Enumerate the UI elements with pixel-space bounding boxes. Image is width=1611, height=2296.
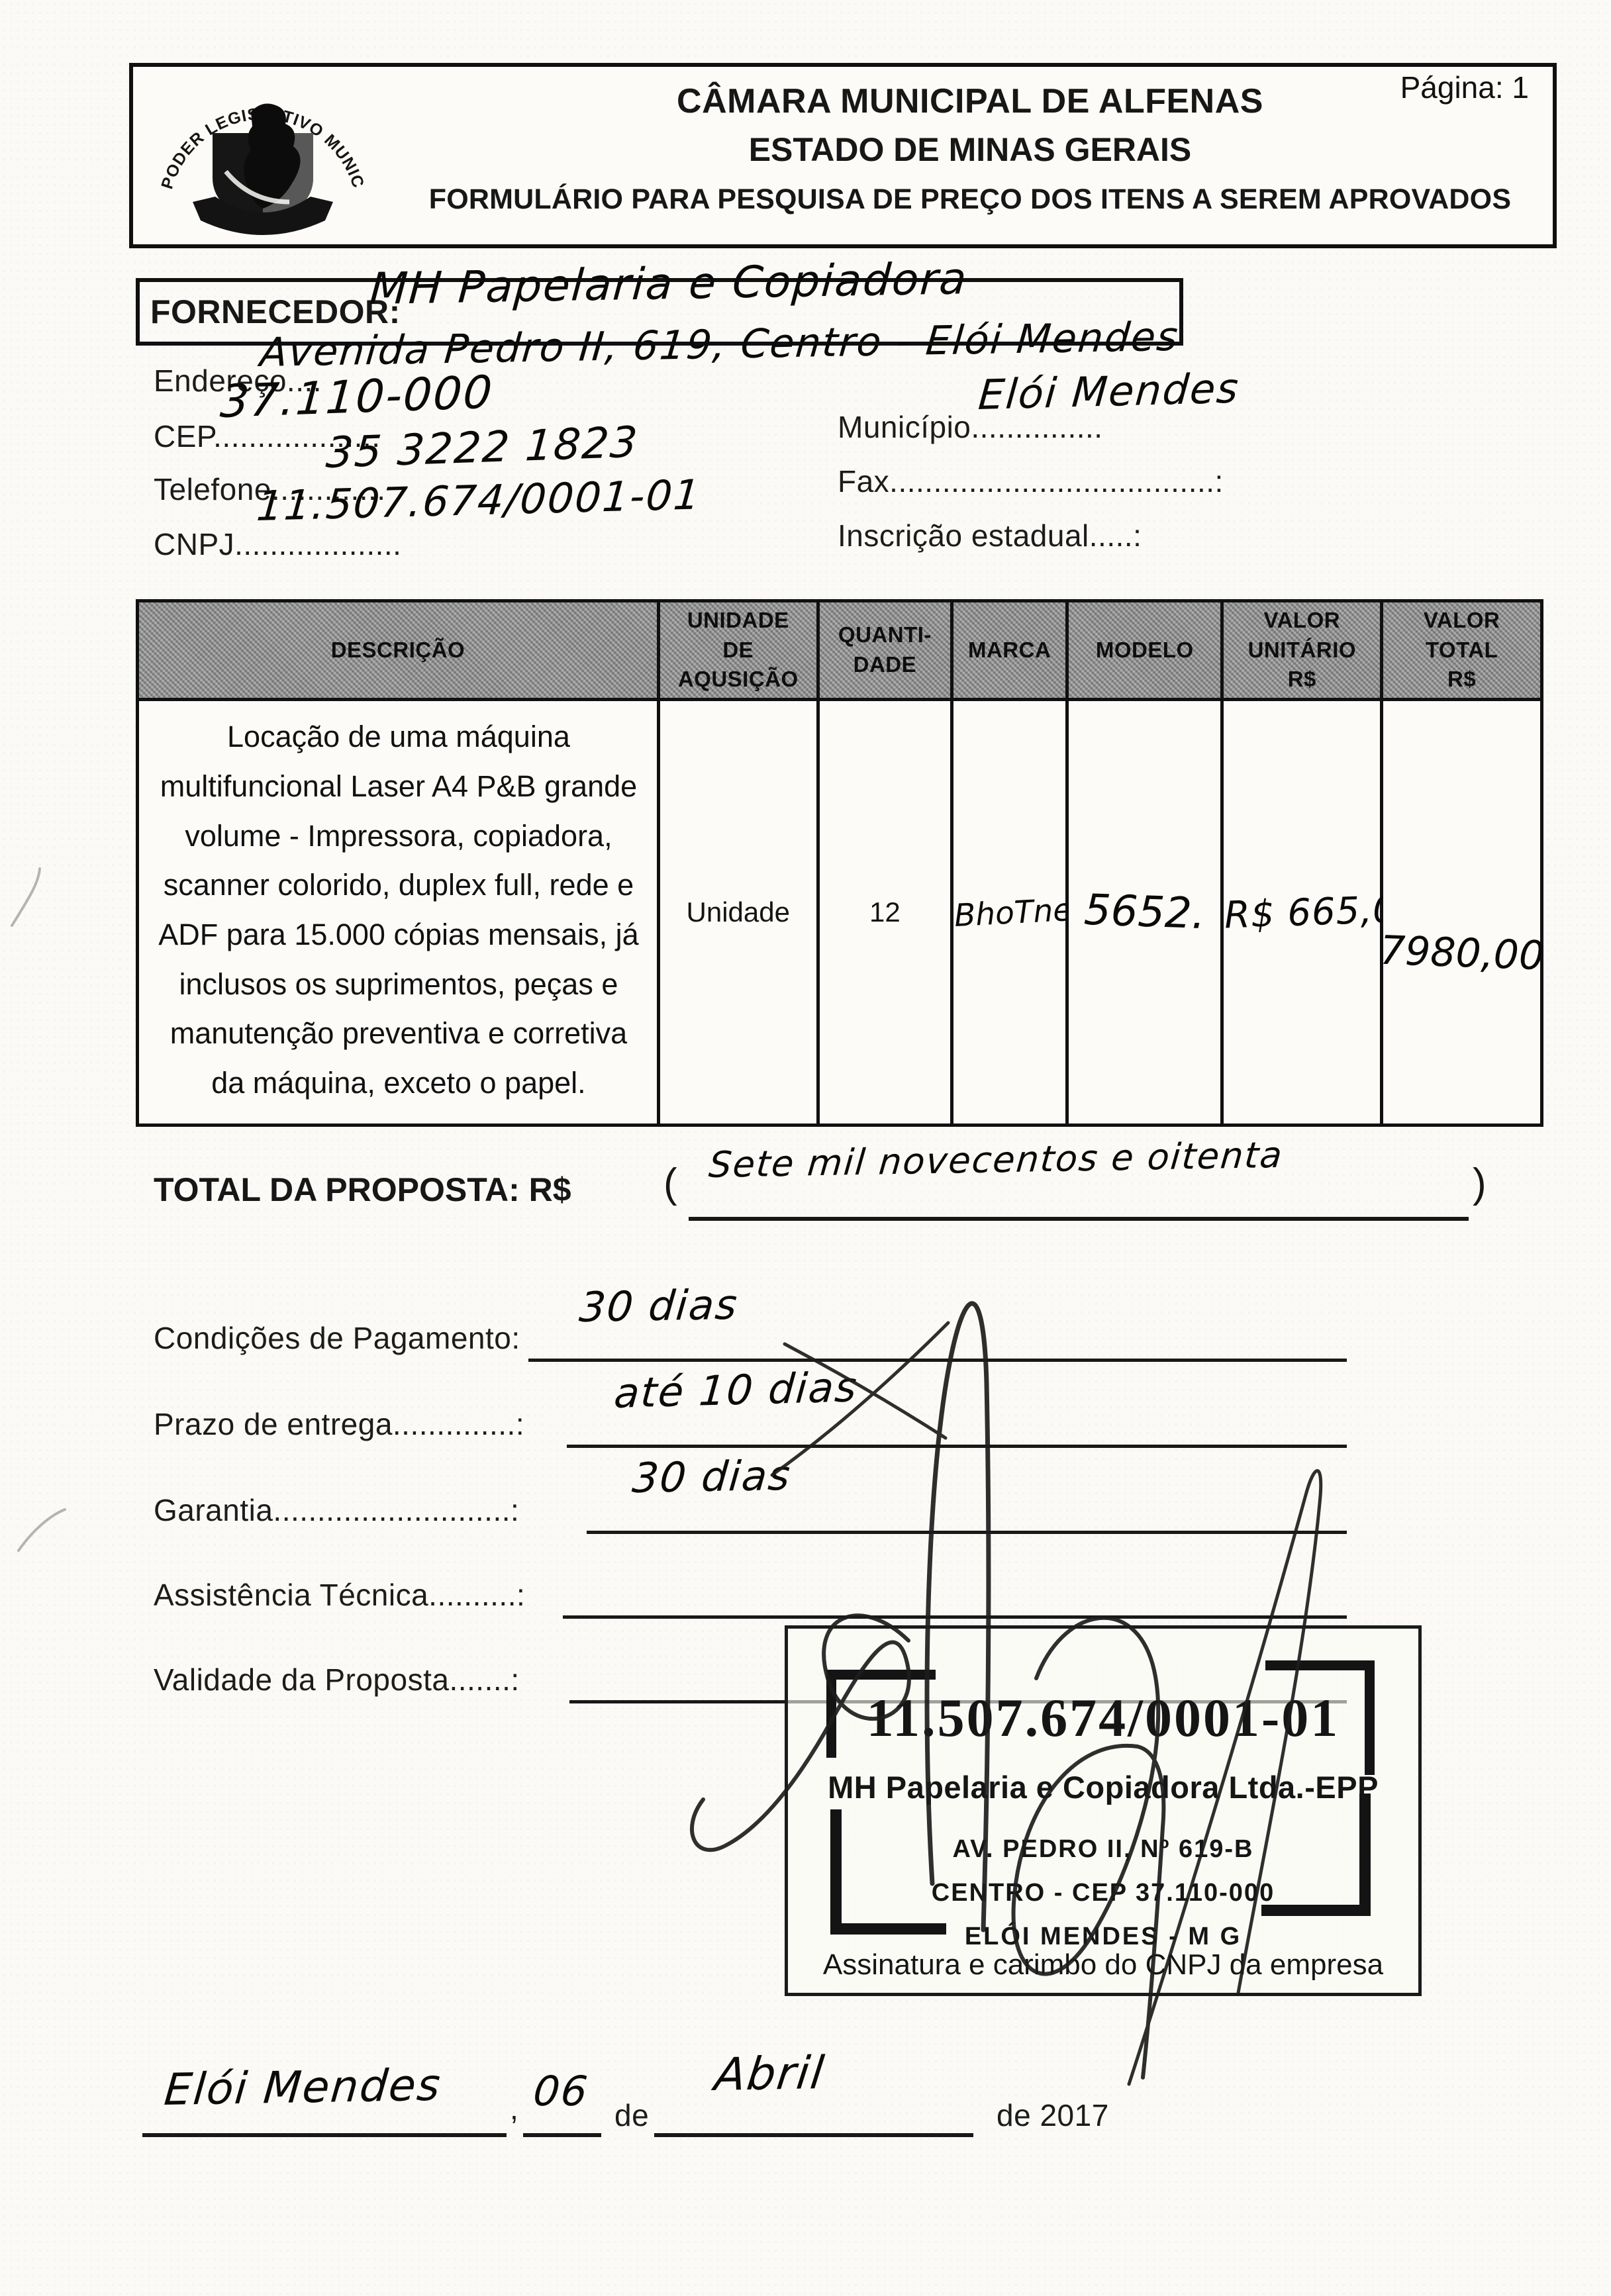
date-city-handwritten-value: Elói Mendes [162, 2060, 444, 2115]
stamp-company-name: MH Papelaria e Copiadora Ltda.-EPP [788, 1769, 1418, 1805]
delivery-time-handwritten-value: até 10 dias [612, 1363, 859, 1417]
scan-artifact-marks [12, 869, 65, 1551]
fax-label: Fax.....................................… [838, 463, 1224, 499]
total-handwritten-value: Sete mil novecentos e oitenta [707, 1134, 1285, 1186]
date-de1-label: de [614, 2097, 649, 2133]
table-row: Locação de uma máquina multifuncional La… [138, 700, 1542, 1125]
warranty-label: Garantia...........................: [154, 1492, 519, 1528]
brand-cell: BhoTner [952, 700, 1067, 1125]
total-price-handwritten-value: 7980,00 [1379, 928, 1545, 980]
fornecedor-handwritten-value: MH Papelaria e Copiadora [368, 253, 969, 314]
table-header-row: DESCRIÇÃO UNIDADE DE AQUSIÇÃO QUANTI- DA… [138, 601, 1542, 700]
unit-cell: Unidade [658, 700, 818, 1125]
description-cell: Locação de uma máquina multifuncional La… [138, 700, 659, 1125]
form-title: FORMULÁRIO PARA PESQUISA DE PREÇO DOS IT… [398, 183, 1542, 216]
total-paren-close: ) [1473, 1160, 1487, 1207]
payment-terms-handwritten-value: 30 dias [577, 1280, 740, 1331]
technical-support-underline [563, 1615, 1347, 1619]
technical-support-label: Assistência Técnica..........: [154, 1577, 525, 1613]
unit-price-handwritten-value: R$ 665,0 [1224, 888, 1398, 937]
warranty-handwritten-value: 30 dias [630, 1451, 793, 1502]
stamp-box: 11.507.674/0001-01 MH Papelaria e Copiad… [785, 1625, 1422, 1996]
date-month-handwritten-value: Abril [712, 2047, 828, 2101]
date-year-label: de 2017 [997, 2097, 1109, 2133]
proposal-validity-label: Validade da Proposta.......: [154, 1662, 520, 1698]
cep-handwritten-value: 37.110-000 [219, 366, 495, 428]
cnpj-label: CNPJ................... [154, 526, 401, 562]
header-box: Página: 1 PODER LEGISLATIVO MUNICIPAL CÂ [129, 63, 1557, 248]
date-month-underline [654, 2133, 973, 2137]
model-handwritten-value: 5652. [1083, 886, 1206, 939]
payment-terms-label: Condições de Pagamento: [154, 1320, 520, 1356]
total-paren-open: ( [663, 1160, 677, 1207]
col-header-modelo: MODELO [1067, 601, 1222, 700]
telefone-handwritten-value: 35 3222 1823 [324, 418, 640, 478]
org-state: ESTADO DE MINAS GERAIS [398, 130, 1542, 169]
date-comma: , [510, 2091, 518, 2127]
scanned-price-research-form: Página: 1 PODER LEGISLATIVO MUNICIPAL CÂ [0, 0, 1611, 2296]
coat-of-arms-icon: PODER LEGISLATIVO MUNICIPAL [152, 72, 374, 236]
date-day-underline [523, 2133, 601, 2137]
total-price-cell: 7980,00 [1382, 700, 1542, 1125]
warranty-underline [587, 1531, 1347, 1534]
delivery-time-label: Prazo de entrega..............: [154, 1406, 524, 1442]
total-proposta-label: TOTAL DA PROPOSTA: R$ [154, 1171, 571, 1209]
header-titles: CÂMARA MUNICIPAL DE ALFENAS ESTADO DE MI… [398, 81, 1542, 216]
col-header-valor-total: VALOR TOTAL R$ [1382, 601, 1542, 700]
inscricao-estadual-label: Inscrição estadual.....: [838, 518, 1142, 553]
total-underline [689, 1217, 1469, 1221]
payment-terms-underline [528, 1359, 1347, 1362]
items-table: DESCRIÇÃO UNIDADE DE AQUSIÇÃO QUANTI- DA… [136, 599, 1543, 1127]
brand-handwritten-value: BhoTner [953, 890, 1086, 933]
stamp-bracket-bottom-left-icon [830, 1809, 946, 1935]
stamp-district-cep: CENTRO - CEP 37.110-000 [788, 1879, 1418, 1907]
col-header-quantidade: QUANTI- DADE [818, 601, 952, 700]
stamp-city-state: ELÓI MENDES - M G [788, 1923, 1418, 1951]
stamp-cnpj: 11.507.674/0001-01 [788, 1687, 1418, 1749]
fornecedor-label: FORNECEDOR: [150, 293, 401, 331]
stamp-caption: Assinatura e carimbo do CNPJ da empresa [788, 1948, 1418, 1982]
date-day-handwritten-value: 06 [531, 2067, 591, 2115]
quantity-cell: 12 [818, 700, 952, 1125]
municipio-handwritten-value: Elói Mendes [977, 364, 1242, 419]
stamp-address: AV. PEDRO II, Nº 619-B [788, 1835, 1418, 1864]
col-header-unidade: UNIDADE DE AQUSIÇÃO [658, 601, 818, 700]
delivery-time-underline [567, 1445, 1347, 1448]
model-cell: 5652. [1067, 700, 1222, 1125]
col-header-valor-unitario: VALOR UNITÁRIO R$ [1222, 601, 1382, 700]
col-header-descricao: DESCRIÇÃO [138, 601, 659, 700]
unit-price-cell: R$ 665,0 [1222, 700, 1382, 1125]
org-name: CÂMARA MUNICIPAL DE ALFENAS [398, 81, 1542, 121]
col-header-marca: MARCA [952, 601, 1067, 700]
date-city-underline [142, 2133, 507, 2137]
